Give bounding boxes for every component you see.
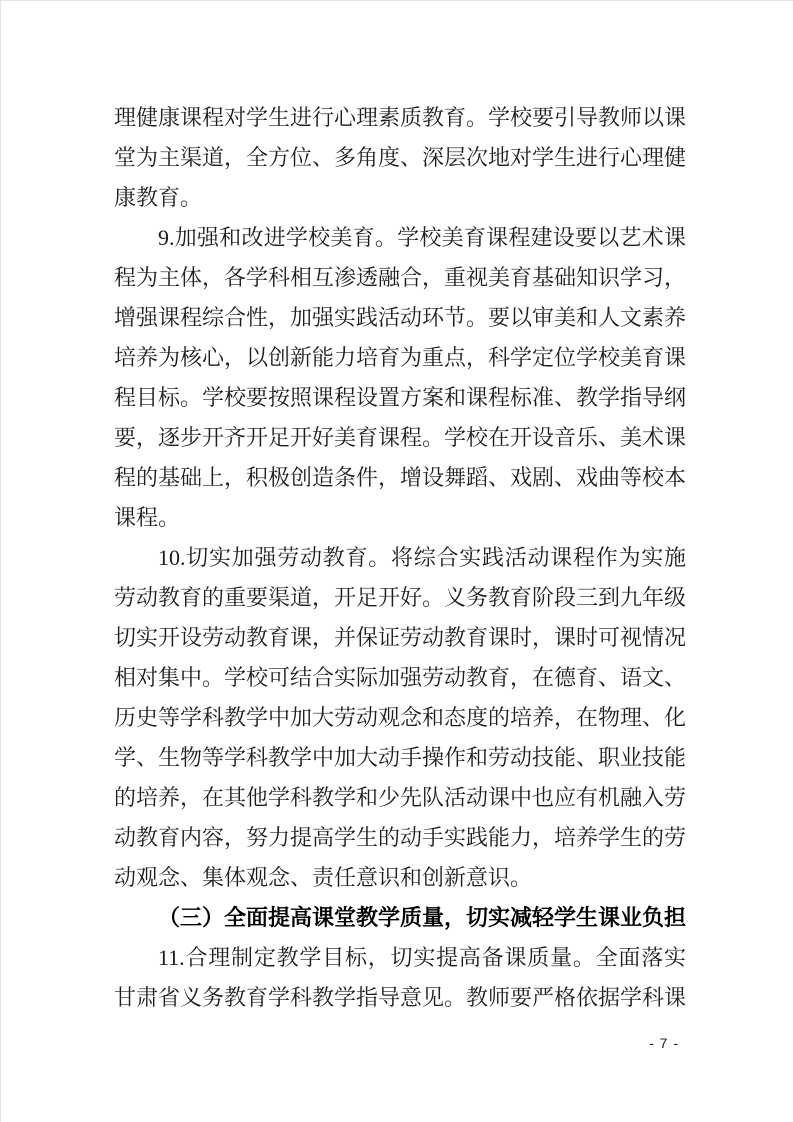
page-number: - 7 -: [649, 1035, 679, 1051]
paragraph-item-11: 11.合理制定教学目标，切实提高备课质量。全面落实甘肃省义务教育学科教学指导意见…: [114, 938, 686, 1018]
document-body: 理健康课程对学生进行心理素质教育。学校要引导教师以课堂为主渠道，全方位、多角度、…: [114, 98, 686, 1018]
paragraph-item-9: 9.加强和改进学校美育。学校美育课程建设要以艺术课程为主体，各学科相互渗透融合，…: [114, 218, 686, 538]
section-heading: （三）全面提高课堂教学质量，切实减轻学生课业负担: [114, 898, 686, 938]
paragraph-continuation: 理健康课程对学生进行心理素质教育。学校要引导教师以课堂为主渠道，全方位、多角度、…: [114, 98, 686, 218]
document-page: 理健康课程对学生进行心理素质教育。学校要引导教师以课堂为主渠道，全方位、多角度、…: [1, 1, 793, 1122]
paragraph-item-10: 10.切实加强劳动教育。将综合实践活动课程作为实施劳动教育的重要渠道，开足开好。…: [114, 538, 686, 898]
